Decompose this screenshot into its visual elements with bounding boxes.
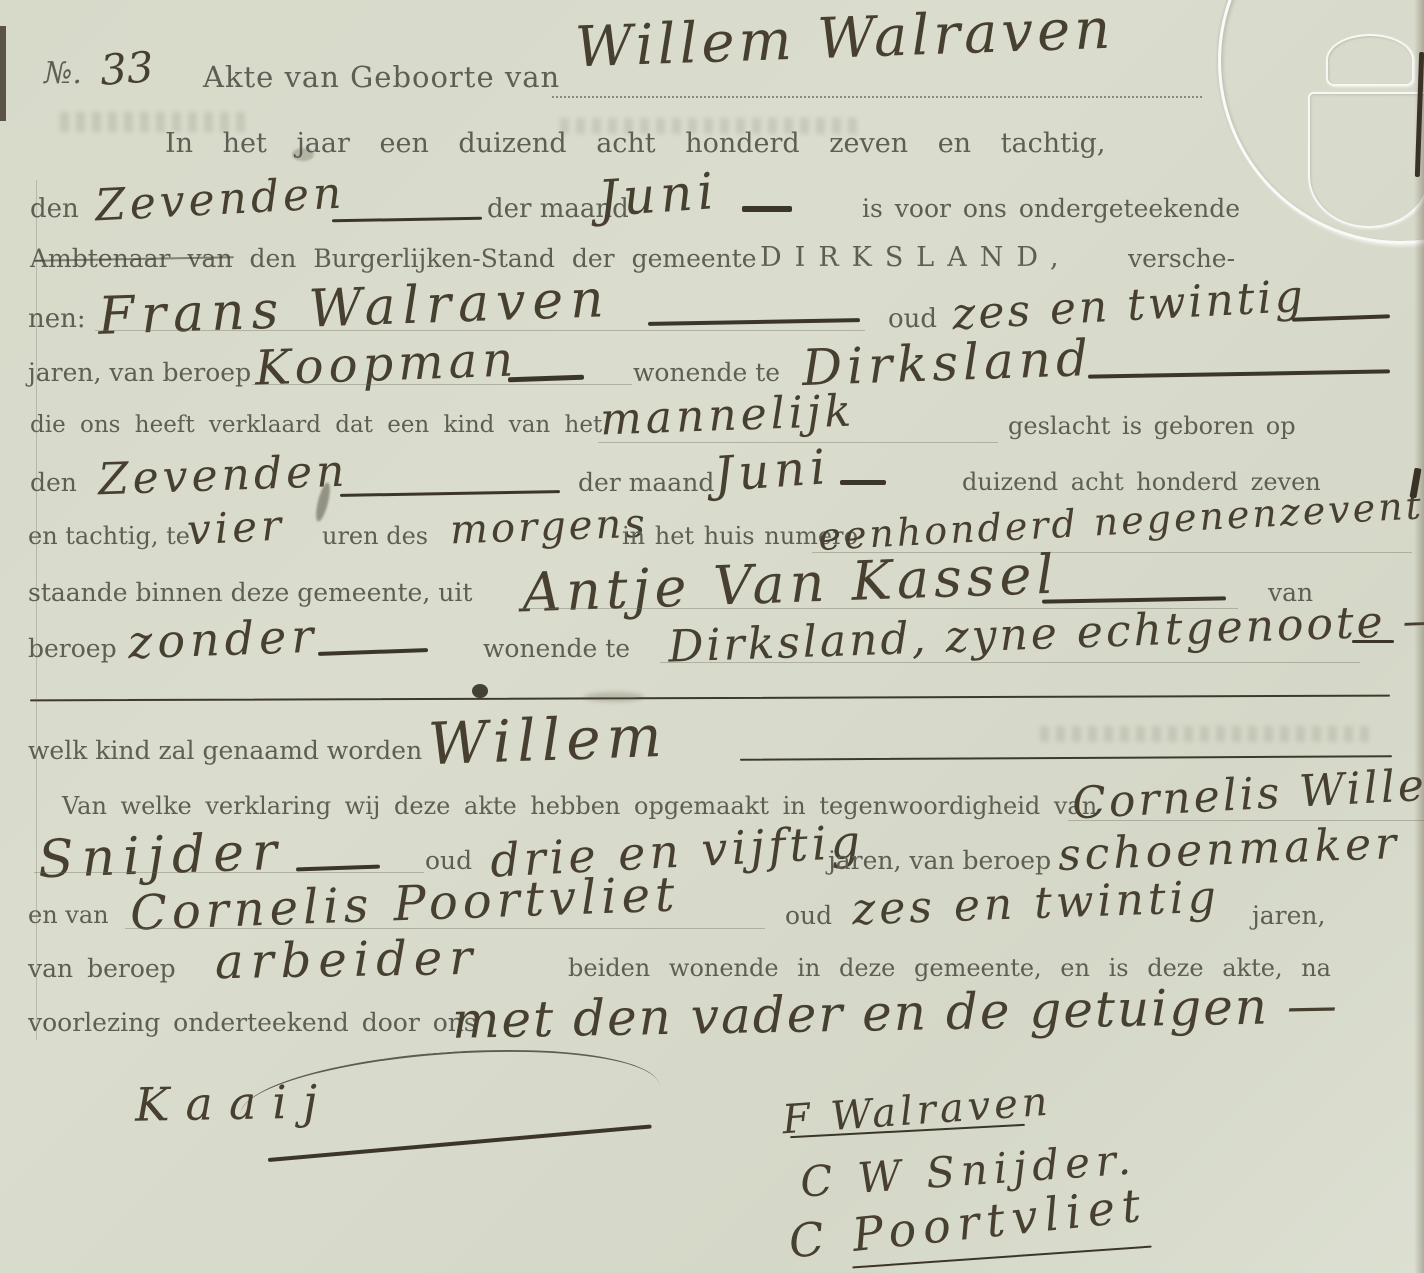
label-den-2: den — [30, 468, 77, 497]
label-wonende-te-2: wonende te — [483, 634, 630, 663]
entry-birth-month: Juni — [712, 439, 832, 503]
label-oud-2: oud — [425, 846, 472, 875]
page-edge-shadow — [1414, 0, 1424, 1273]
label-beroep: jaren, van beroep — [28, 358, 251, 387]
label-staande: staande binnen deze gemeente, uit — [28, 578, 472, 607]
label-en-van: en van — [28, 901, 109, 929]
pen-dash — [648, 318, 860, 326]
label-van-beroep-3: van beroep — [28, 954, 176, 983]
label-van-welke: Van welke verklaring wij deze akte hebbe… — [62, 792, 1097, 820]
page-edge-mark — [0, 26, 6, 121]
pen-dash — [742, 206, 792, 212]
entry-child-name: Willem — [427, 702, 669, 778]
guide-line — [125, 928, 765, 929]
label-voorlezing: voorlezing onderteekend door ons — [28, 1008, 477, 1037]
label-geslacht: geslacht is geboren op — [1008, 412, 1296, 440]
act-number-label: №. — [44, 56, 82, 91]
entry-signed-with: met den vader en de getuigen — — [452, 976, 1340, 1049]
act-number-value: 33 — [98, 42, 155, 95]
entry-witness1-occupation: schoenmaker — [1057, 818, 1401, 881]
entry-witness2-occupation: arbeider — [215, 930, 480, 991]
pen-dash — [840, 480, 886, 485]
entry-father-occupation: Koopman — [254, 331, 519, 396]
entry-day: Zevenden — [94, 167, 347, 231]
entry-child-sex: mannelijk — [599, 386, 856, 446]
entry-father-age: zes en twintig — [951, 271, 1307, 340]
seal-shield-icon — [1308, 92, 1424, 228]
pen-dash — [296, 865, 380, 872]
label-verklaard: die ons heeft verklaard dat een kind van… — [30, 412, 602, 438]
guide-line — [660, 662, 1360, 663]
label-der-maand-2: der maand — [578, 468, 714, 497]
label-voor-ons: is voor ons ondergeteekende — [862, 194, 1240, 223]
guide-line — [252, 384, 632, 385]
label-beroep-2: beroep — [28, 634, 117, 663]
label-en-tachtig: en tachtig, te — [28, 522, 190, 550]
smudge — [292, 148, 314, 161]
bleed-through — [1040, 726, 1370, 742]
ink-blot — [472, 684, 488, 698]
pen-dash — [318, 648, 428, 656]
entry-month: Juni — [596, 162, 720, 228]
pen-dash — [332, 217, 482, 223]
entry-birth-day: Zevenden — [97, 446, 349, 506]
bleed-through — [60, 112, 250, 132]
bleed-through — [560, 118, 860, 134]
entry-time-of-day: morgens — [449, 501, 648, 554]
label-oud-3: oud — [785, 901, 832, 930]
label-oud: oud — [888, 304, 937, 334]
label-jaren-beroep: jaren, van beroep — [828, 846, 1051, 875]
form-title: Akte van Geboorte van — [203, 60, 560, 94]
pen-rule-line — [740, 755, 1392, 760]
label-den: den — [30, 194, 79, 224]
registrar-signature: Kaaij — [135, 1074, 334, 1131]
entry-witness1-surname: Snijder — [37, 822, 286, 891]
birth-certificate-page: №. 33 Akte van Geboorte van Willem Walra… — [0, 0, 1424, 1273]
label-versche: versche- — [1128, 244, 1235, 273]
pen-rule-line — [30, 695, 1390, 702]
smudge — [584, 692, 644, 702]
guide-line — [34, 872, 424, 873]
guide-line — [95, 330, 865, 331]
fold-line — [36, 180, 37, 1040]
seal-crown-icon — [1326, 34, 1414, 86]
gemeente-name: DIRKSLAND, — [760, 242, 1072, 273]
entry-birth-hour: vier — [186, 500, 287, 554]
label-wonende-te: wonende te — [633, 358, 780, 387]
entry-father-name: Frans Walraven — [97, 269, 612, 347]
pen-dash — [508, 375, 584, 383]
pen-dash — [1352, 640, 1394, 643]
entry-mother-occupation: zonder — [127, 609, 319, 670]
label-welk-kind: welk kind zal genaamd worden — [28, 736, 422, 765]
pen-dash — [340, 490, 560, 497]
label-jaren: jaren, — [1252, 901, 1325, 930]
label-uren-des: uren des — [322, 522, 428, 550]
entry-witness2-age: zes en twintig — [851, 872, 1220, 936]
pen-dash — [1088, 369, 1390, 378]
